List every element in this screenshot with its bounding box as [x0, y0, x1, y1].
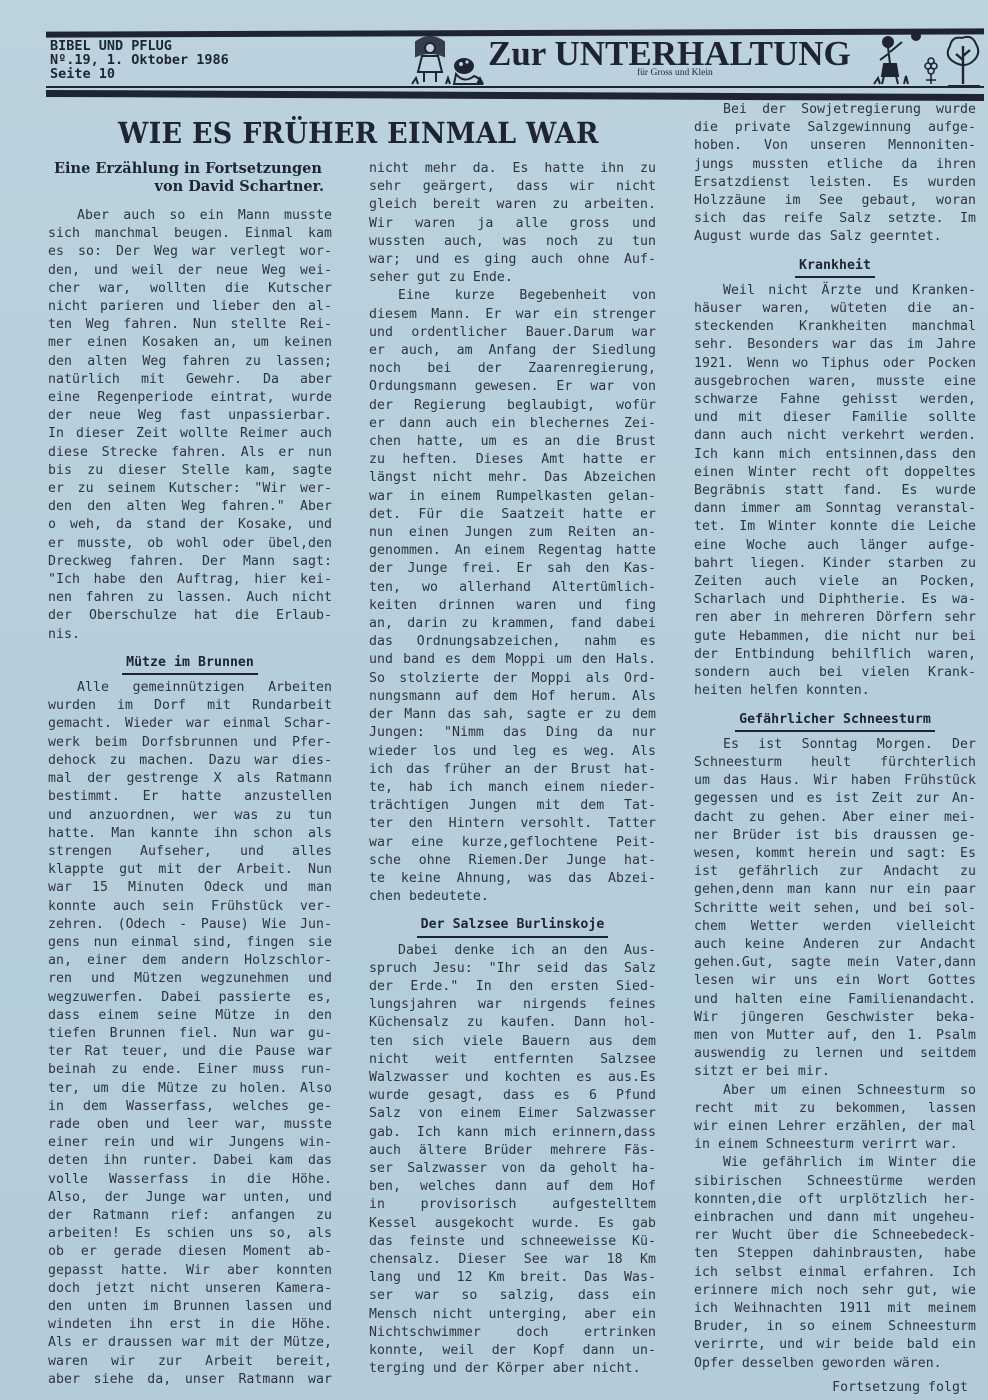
text-line: Walzwasser und kochten es aus.Es: [369, 1069, 656, 1087]
text-line: jungs mussten etliche da ihren: [694, 156, 976, 174]
text-line: ten, wo allerhand Altertümlich-: [369, 579, 656, 597]
text-line: beinah zu ende. Einer muss run-: [48, 1061, 332, 1079]
text-line: tiefen Brunnen fiel. Nun war gu-: [48, 1025, 332, 1043]
text-line: lang und 12 Km breit. Das Was-: [369, 1269, 656, 1287]
text-line: waren wir zur Arbeit bereit,: [48, 1353, 332, 1371]
text-line: Dabei denke ich an den Aus-: [369, 942, 656, 960]
text-line: rer Wucht über die Schneebedeck-: [694, 1227, 976, 1245]
text-line: Schneesturm heult fürchterlich: [694, 754, 976, 772]
text-line: Eine kurze Begebenheit von: [369, 287, 656, 305]
text-line: rade oben und leer war, musste: [48, 1116, 332, 1134]
text-line: das Ordnungsabzeichen, nahm es: [369, 633, 656, 651]
text-line: ren aber in mehreren Dörfern sehr: [694, 609, 976, 627]
text-line: men von Mutter auf, den 1. Psalm: [694, 1027, 976, 1045]
text-line: sibirischen Schneestürme werden: [694, 1173, 976, 1191]
text-line: chen hatte, um es an die Brust: [369, 433, 656, 451]
masthead-bottom-rule: [46, 90, 984, 101]
text-line: wir einen Lehrer erzählen, der mal: [694, 1118, 976, 1136]
text-line: gleich bereit waren zu arbeiten.: [369, 196, 656, 214]
text-line: wesen, kommt herein und sagt: Es: [694, 845, 976, 863]
text-line: mal der gestrenge X als Ratmann: [48, 770, 332, 788]
paragraph: nicht mehr da. Es hatte ihn zusehr geärg…: [369, 160, 656, 287]
text-line: gemacht. Wieder war einmal Schar-: [48, 715, 332, 733]
text-line: nicht parieren und lieber den al-: [48, 298, 332, 316]
text-line: den alten Weg fahren zu lassen;: [48, 353, 332, 371]
text-line: werk beim Dorfsbrunnen und Pfer-: [48, 734, 332, 752]
issue-info: BIBEL UND PFLUG Nº.19, 1. Oktober 1986 S…: [50, 39, 229, 81]
text-line: der neue Weg fast unpassierbar.: [48, 407, 332, 425]
text-line: chem Wetter werden vielleicht: [694, 918, 976, 936]
boy-with-ball-illustration-icon: [868, 32, 984, 90]
text-line: nis.: [48, 626, 332, 644]
text-line: doch jetzt nicht unseren Kamera-: [48, 1280, 332, 1298]
text-line: nungsmann auf dem Hof herum. Als: [369, 688, 656, 706]
text-line: gens nun einmal sind, fingen sie: [48, 934, 332, 952]
text-line: hatte. Man kannte ihn schon als: [48, 825, 332, 843]
text-line: er musste, ob wohl oder übel,den: [48, 535, 332, 553]
text-line: auch ältere Brüder mehrere Fäs-: [369, 1142, 656, 1160]
text-line: auch keine Anderen zur Andacht: [694, 936, 976, 954]
text-line: ten Steppen dahinbrausten, habe: [694, 1245, 976, 1263]
text-line: und band es dem Moppi um den Hals.: [369, 651, 656, 669]
text-line: ser war so salzig, dass ein: [369, 1287, 656, 1305]
text-line: te keine Ahnung, was das Abzei-: [369, 870, 656, 888]
text-line: in dem Wasserfass, welches ge-: [48, 1098, 332, 1116]
text-line: sehr. Besonders war das im Jahre: [694, 336, 976, 354]
paragraph: Aber um einen Schneesturm sorecht mit zu…: [694, 1082, 976, 1155]
text-line: eine Woche auch länger aufge-: [694, 537, 976, 555]
text-line: August wurde das Salz geerntet.: [694, 228, 976, 246]
text-column-2: nicht mehr da. Es hatte ihn zusehr geärg…: [369, 160, 656, 1378]
text-line: sitzt er bei mir.: [694, 1063, 976, 1081]
paragraph: Es ist Sonntag Morgen. DerSchneesturm he…: [694, 736, 976, 1082]
section-heading: Krankheit: [795, 257, 875, 278]
text-line: der Erde." In den ersten Sied-: [369, 978, 656, 996]
article-title: WIE ES FRÜHER EINMAL WAR: [118, 116, 599, 150]
text-column-1: Aber auch so ein Mann musstesich manchma…: [48, 207, 332, 1389]
text-line: seher gut zu Ende.: [369, 269, 656, 287]
text-line: Dreckweg fahren. Der Mann sagt:: [48, 553, 332, 571]
text-line: es so: Der Weg war verlegt wor-: [48, 243, 332, 261]
text-line: volle Wasserfass in die Höhe.: [48, 1171, 332, 1189]
text-line: 1921. Wenn wo Tiphus oder Pocken: [694, 355, 976, 373]
text-line: Kessel ausgekocht wurde. Es gab: [369, 1215, 656, 1233]
text-line: wussten auch, was noch zu tun: [369, 233, 656, 251]
text-line: häuser waren, wüteten die an-: [694, 300, 976, 318]
text-line: den unten im Brunnen lassen und: [48, 1298, 332, 1316]
text-line: nun einen Jungen zum Reiten an-: [369, 524, 656, 542]
text-line: war eine kurze,geflochtene Peit-: [369, 834, 656, 852]
text-line: o weh, da stand der Kosake, und: [48, 516, 332, 534]
section-heading: Gefährlicher Schneesturm: [735, 711, 935, 732]
text-line: einer rein und wir Jungens win-: [48, 1134, 332, 1152]
text-line: zehren. (Odech - Pause) Wie Jun-: [48, 916, 332, 934]
text-line: gute Hebammen, die nicht nur bei: [694, 628, 976, 646]
text-line: war in einem Rumpelkasten gelan-: [369, 488, 656, 506]
author-line: von David Schartner.: [54, 178, 324, 196]
text-line: mer einen Kosaken an, um keinen: [48, 334, 332, 352]
text-line: hoben. Von unseren Mennoniten-: [694, 137, 976, 155]
text-line: auswendig zu lernen und seitdem: [694, 1045, 976, 1063]
text-line: In dieser Zeit wollte Reimer auch: [48, 425, 332, 443]
flower-icon: [925, 58, 937, 84]
text-line: verirrte, und wir beide bald ein: [694, 1336, 976, 1354]
text-line: der Ratmann rief: anfangen zu: [48, 1207, 332, 1225]
text-line: einbrachen und dann mit ungeheu-: [694, 1209, 976, 1227]
text-line: Wir waren ja alle gross und: [369, 215, 656, 233]
text-line: lesen wir uns ein Wort Gottes: [694, 972, 976, 990]
text-line: Jungen: "Nimm das Ding da nur: [369, 724, 656, 742]
children-illustration-icon: [410, 34, 488, 86]
text-line: gab. Ich kann mich erinnern,dass: [369, 1124, 656, 1142]
text-line: chen bedeutete.: [369, 888, 656, 906]
text-line: Also, der Junge war unten, und: [48, 1189, 332, 1207]
text-line: Nichtschwimmer doch ertrinken: [369, 1324, 656, 1342]
text-line: konnte auch sein Frühstück ver-: [48, 898, 332, 916]
text-line: Wir jüngeren Geschwister beka-: [694, 1009, 976, 1027]
text-line: Als er draussen war mit der Mütze,: [48, 1334, 332, 1352]
text-line: windeten ihn erst in die Höhe.: [48, 1316, 332, 1334]
text-line: noch bei der Zaarenregierung,: [369, 360, 656, 378]
text-line: den, und weil der neue Weg wei-: [48, 262, 332, 280]
text-line: gehen,denn man kann nur ein paar: [694, 881, 976, 899]
text-line: wegzuwerfen. Dabei passierte es,: [48, 989, 332, 1007]
text-line: wurden im Dorf mit Rundarbeit: [48, 697, 332, 715]
text-line: recht mit zu bekommen, lassen: [694, 1100, 976, 1118]
tree-icon: [948, 37, 980, 86]
text-line: der Junge frei. Er sah den Kas-: [369, 560, 656, 578]
text-line: der Entbindung behilflich waren,: [694, 646, 976, 664]
text-line: bestimmt. Er hatte anzustellen: [48, 788, 332, 806]
text-line: nen fahren zu lassen. Auch nicht: [48, 589, 332, 607]
text-line: ausgebrochen waren, musste eine: [694, 373, 976, 391]
section-subtitle: für Gross und Klein: [637, 68, 713, 78]
text-line: Scharlach und Diphtherie. Es wa-: [694, 591, 976, 609]
text-line: heiten helfen konnten.: [694, 682, 976, 700]
text-line: ser Salzwasser von da geholt ha-: [369, 1160, 656, 1178]
text-line: Aber um einen Schneesturm so: [694, 1082, 976, 1100]
text-line: in einem Schneesturm verirrt war.: [694, 1136, 976, 1154]
text-line: ist gefährlich zur Andacht zu: [694, 863, 976, 881]
text-line: um das Haus. Wir haben Frühstück: [694, 772, 976, 790]
text-line: dass einem seine Mütze in den: [48, 1007, 332, 1025]
masthead-bottom-thin-rule: [46, 86, 984, 88]
text-line: steckenden Krankheiten manchmal: [694, 318, 976, 336]
text-line: genommen. An einem Regentag hatte: [369, 542, 656, 560]
text-line: Mensch nicht unterging, aber ein: [369, 1306, 656, 1324]
text-line: aber siehe da, unser Ratmann war: [48, 1371, 332, 1389]
text-column-3: Bei der Sowjetregierung wurdedie private…: [694, 101, 976, 1397]
text-line: in provisorisch aufgestelltem: [369, 1196, 656, 1214]
text-line: Küchensalz zu kaufen. Dann hol-: [369, 1014, 656, 1032]
text-line: und ordentlicher Bauer.Darum war: [369, 324, 656, 342]
paragraph: Eine kurze Begebenheit vondiesem Mann. E…: [369, 287, 656, 906]
text-line: So stolzierte der Moppi als Ord-: [369, 670, 656, 688]
text-line: arbeiten! Es schien uns so, als: [48, 1225, 332, 1243]
text-line: Salz von einem Eimer Salzwasser: [369, 1105, 656, 1123]
text-line: und halten eine Familienandacht.: [694, 991, 976, 1009]
section-heading: Mütze im Brunnen: [122, 654, 258, 675]
text-line: ter den Hintern versohlt. Tatter: [369, 815, 656, 833]
page-number: Seite 10: [50, 67, 229, 81]
text-line: der Oberschulze hat die Erlaub-: [48, 607, 332, 625]
text-line: ner Brüder ist bis draussen ge-: [694, 827, 976, 845]
text-line: er zu seinem Kutscher: "Wir wer-: [48, 480, 332, 498]
text-line: nicht weit entfernten Salzsee: [369, 1051, 656, 1069]
paragraph: Weil nicht Ärzte und Kranken-häuser ware…: [694, 282, 976, 701]
text-line: sehr geärgert, dass wir nicht: [369, 178, 656, 196]
text-line: schwarze Fahne gehisst werden,: [694, 391, 976, 409]
text-line: ten Weg fahren. Nun stellte Rei-: [48, 316, 332, 334]
text-line: diese Strecke fahren. Als er nun: [48, 444, 332, 462]
text-line: und mit dieser Familie sollte: [694, 409, 976, 427]
text-line: klappte gut mit der Arbeit. Nun: [48, 861, 332, 879]
text-line: er dann auch ein blechernes Zei-: [369, 415, 656, 433]
text-line: ren und Mützen wegzunehmen und: [48, 970, 332, 988]
text-line: tet. Im Winter konnte die Leiche: [694, 518, 976, 536]
masthead: BIBEL UND PFLUG Nº.19, 1. Oktober 1986 S…: [46, 30, 984, 100]
text-line: te, hab ich manch einem nieder-: [369, 779, 656, 797]
text-line: wieder los und leg es weg. Als: [369, 743, 656, 761]
text-line: Ordungsmann gewesen. Er war von: [369, 378, 656, 396]
text-line: der Mann das sah, sagte er zu dem: [369, 706, 656, 724]
text-line: gegessen und es ist Zeit zur An-: [694, 790, 976, 808]
text-line: ten sich viele Bauern aus dem: [369, 1033, 656, 1051]
text-line: gehen.Gut, sagte mein Vater,dann: [694, 954, 976, 972]
text-line: strengen Aufseher, und alles: [48, 843, 332, 861]
section-heading: Der Salzsee Burlinskoje: [417, 916, 609, 937]
text-line: längst nicht mehr. Das Abzeichen: [369, 469, 656, 487]
text-line: "Ich habe den Auftrag, hier kei-: [48, 571, 332, 589]
text-line: gepasst hatte. Wir aber konnten: [48, 1262, 332, 1280]
text-line: diesem Mann. Er war ein strenger: [369, 306, 656, 324]
text-line: die private Salzgewinnung aufge-: [694, 119, 976, 137]
text-line: Aber auch so ein Mann musste: [48, 207, 332, 225]
text-line: Begräbnis statt fand. Es wurde: [694, 482, 976, 500]
article-subtitle: Eine Erzählung in Fortsetzungen von Davi…: [54, 160, 324, 196]
text-line: dann immer am Sonntag veranstal-: [694, 500, 976, 518]
text-line: det. Für die Saatzeit hatte er: [369, 506, 656, 524]
text-line: an, darin zu krammen, fand dabei: [369, 615, 656, 633]
text-line: den den alten Weg fahren." Aber: [48, 498, 332, 516]
text-line: dann auch nicht verkehrt werden.: [694, 427, 976, 445]
text-line: cher war, wollten die Kutscher: [48, 280, 332, 298]
text-line: wurde gesagt, dass es 6 Pfund: [369, 1087, 656, 1105]
text-line: bis zu dieser Stelle kam, sagte: [48, 462, 332, 480]
paragraph: Wie gefährlich im Winter diesibirischen …: [694, 1154, 976, 1372]
text-line: nicht mehr da. Es hatte ihn zu: [369, 160, 656, 178]
text-line: deten ihn runter. Dabei kam das: [48, 1152, 332, 1170]
text-line: Zeiten auch viele an Pocken,: [694, 573, 976, 591]
text-line: Schritte weit sehen, und bei sol-: [694, 900, 976, 918]
text-line: sich das reife Salz setzte. Im: [694, 210, 976, 228]
text-line: ob er gerade diesen Moment ab-: [48, 1243, 332, 1261]
text-line: sich manchmal beugen. Einmal kam: [48, 225, 332, 243]
text-line: Es ist Sonntag Morgen. Der: [694, 736, 976, 754]
issue-number-date: Nº.19, 1. Oktober 1986: [50, 53, 229, 67]
text-line: Holzzäune im See gebaut, woran: [694, 192, 976, 210]
text-line: konnten,die oft urplötzlich her-: [694, 1191, 976, 1209]
text-line: chensalz. Dieser See war 18 Km: [369, 1251, 656, 1269]
text-line: erinnere mich noch sehr gut, wie: [694, 1282, 976, 1300]
publication-name: BIBEL UND PFLUG: [50, 39, 229, 53]
paragraph: Alle gemeinnützigen Arbeitenwurden im Do…: [48, 679, 332, 1389]
text-line: ich Weihnachten 1911 mit meinem: [694, 1300, 976, 1318]
text-line: ich das früher an der Brust hat-: [369, 761, 656, 779]
text-line: der Regierung beglaubigt, wofür: [369, 397, 656, 415]
text-line: sondern auch bei vielen Krank-: [694, 664, 976, 682]
text-line: terging und der Körper aber nicht.: [369, 1360, 656, 1378]
paragraph: Dabei denke ich an den Aus-spruch Jesu: …: [369, 942, 656, 1379]
text-line: bahrt liegen. Kinder starben zu: [694, 555, 976, 573]
text-line: lungsjahren war nirgends feines: [369, 996, 656, 1014]
text-line: Ich kann mich entsinnen,dass den: [694, 446, 976, 464]
text-line: ter Rat teuer, und die Pause war: [48, 1043, 332, 1061]
text-line: ter, um die Mütze zu holen. Also: [48, 1080, 332, 1098]
text-line: ich selbst einmal erfahren. Ich: [694, 1264, 976, 1282]
text-line: dacht zu gehen. Aber einer mei-: [694, 809, 976, 827]
text-line: natürlich mit Gewehr. Da aber: [48, 371, 332, 389]
text-line: ben, welches dann auf dem Hof: [369, 1178, 656, 1196]
text-line: zu heften. Dieses Amt hatte er: [369, 451, 656, 469]
text-line: keiten drinnen waren und fing: [369, 597, 656, 615]
text-line: dehock zu machen. Dazu war dies-: [48, 752, 332, 770]
text-line: war; und es ging auch ohne Auf-: [369, 251, 656, 269]
paragraph: Aber auch so ein Mann musstesich manchma…: [48, 207, 332, 644]
text-line: und anzuordnen, wer was zu tun: [48, 807, 332, 825]
text-line: er auch, am Anfang der Siedlung: [369, 342, 656, 360]
text-line: Opfer desselben geworden wären.: [694, 1355, 976, 1373]
text-line: konnte, weil der Kopf dann un-: [369, 1342, 656, 1360]
text-line: Wie gefährlich im Winter die: [694, 1154, 976, 1172]
text-line: trächtigen Jungen mit dem Tat-: [369, 797, 656, 815]
text-line: Bei der Sowjetregierung wurde: [694, 101, 976, 119]
text-line: Bruder, in so einem Schneesturm: [694, 1318, 976, 1336]
text-line: spruch Jesu: "Ihr seid das Salz: [369, 960, 656, 978]
text-line: Alle gemeinnützigen Arbeiten: [48, 679, 332, 697]
paragraph: Bei der Sowjetregierung wurdedie private…: [694, 101, 976, 247]
text-line: sche ohne Riemen.Der Junge hat-: [369, 852, 656, 870]
text-line: an, einer dem andern Holzschlor-: [48, 952, 332, 970]
subtitle-line-1: Eine Erzählung in Fortsetzungen: [54, 160, 324, 178]
continuation-note: Fortsetzung folgt: [694, 1379, 976, 1397]
text-line: Ersatzdienst leisten. Es wurden: [694, 174, 976, 192]
text-line: war 15 Minuten Odeck und man: [48, 879, 332, 897]
text-line: Weil nicht Ärzte und Kranken-: [694, 282, 976, 300]
text-line: eine Regenperiode eintrat, wurde: [48, 389, 332, 407]
text-line: das feinste und schneeweisse Kü-: [369, 1233, 656, 1251]
text-line: einen Winter recht oft doppeltes: [694, 464, 976, 482]
